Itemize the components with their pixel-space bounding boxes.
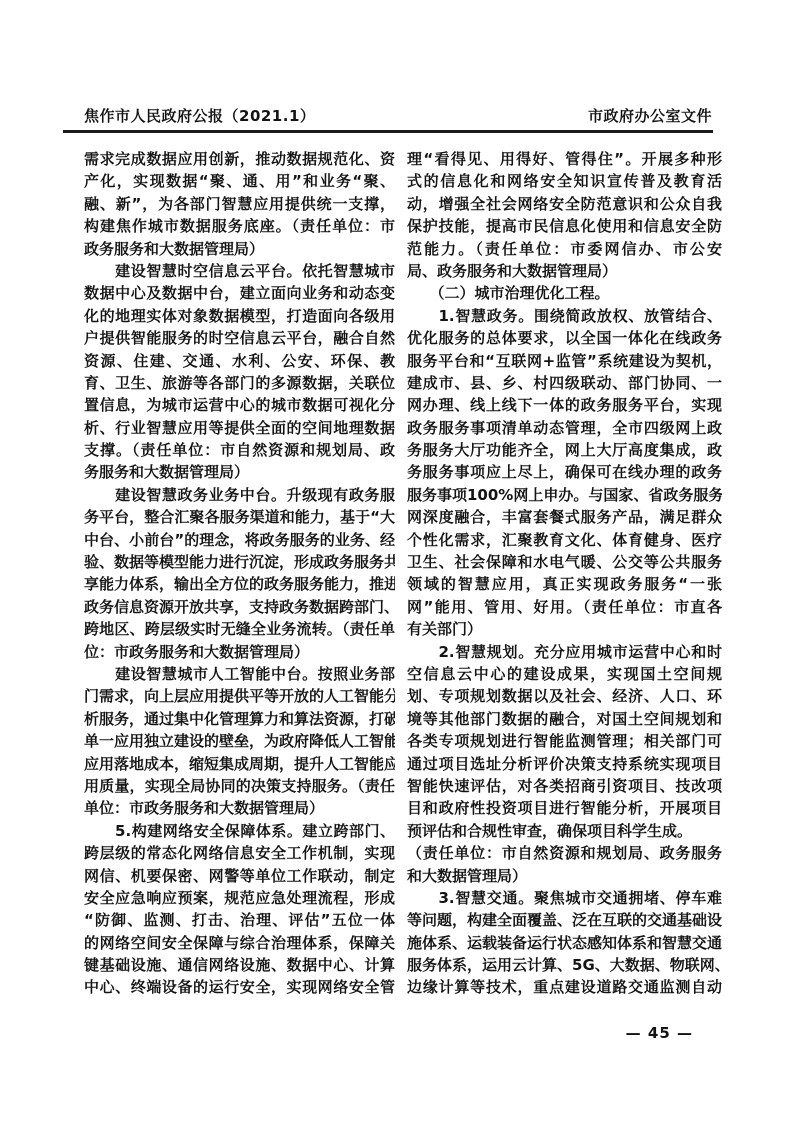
text-line: 网”能用、管用、好用。（责任单位：市直各 xyxy=(407,596,722,618)
text-line: 等问题，构建全面覆盖、泛在互联的交通基础设 xyxy=(407,909,722,931)
text-line: 政务信息资源开放共享，支持政务数据跨部门、 xyxy=(84,596,395,618)
text-line: 位：市政务服务和大数据管理局） xyxy=(84,641,395,663)
right-column: 理“看得见、用得好、管得住”。开展多种形式的信息化和网络安全知识宣传普及教育活动… xyxy=(407,148,722,999)
text-line: 务服务和大数据管理局） xyxy=(84,461,395,483)
text-line: 政务服务事项清单动态管理，全市四级网上政 xyxy=(407,417,722,439)
text-line: 个性化需求，汇聚教育文化、体育健身、医疗 xyxy=(407,529,722,551)
gazette-page: 焦作市人民政府公报（2021.1） 市政府办公室文件 需求完成数据应用创新，推动… xyxy=(0,0,793,1122)
header-doc-category: 市政府办公室文件 xyxy=(588,106,712,126)
text-line: 卫生、社会保障和水电气暖、公交等公共服务 xyxy=(407,551,722,573)
text-line: 安全应急响应预案，规范应急处理流程，形成 xyxy=(84,887,395,909)
text-line: 政务服务和大数据管理局） xyxy=(84,238,395,260)
text-line: 服务平台和“互联网+监管”系统建设为契机， xyxy=(407,350,722,372)
text-line: 动，增强全社会网络安全防范意识和公众自我 xyxy=(407,193,722,215)
text-line: 服务事项100%网上申办。与国家、省政务服务 xyxy=(407,484,722,506)
text-line: 需求完成数据应用创新，推动数据规范化、资 xyxy=(84,148,395,170)
text-line: 跨地区、跨层级实时无缝全业务流转。（责任单 xyxy=(84,618,395,640)
text-line: 门需求，向上层应用提供平等开放的人工智能分 xyxy=(84,685,395,707)
text-line: 验、数据等模型能力进行沉淀，形成政务服务共 xyxy=(84,551,395,573)
text-line: 5.构建网络安全保障体系。建立跨部门、 xyxy=(84,820,395,842)
text-line: 建设智慧时空信息云平台。依托智慧城市 xyxy=(84,260,395,282)
text-line: 境等其他部门数据的融合，对国土空间规划和 xyxy=(407,708,722,730)
text-line: 领域的智慧应用，真正实现政务服务“一张 xyxy=(407,573,722,595)
text-line: 智能快速评估，对各类招商引资项目、技改项 xyxy=(407,775,722,797)
left-column: 需求完成数据应用创新，推动数据规范化、资产化，实现数据“聚、通、用”和业务“聚、… xyxy=(84,148,395,999)
text-line: 化的地理实体对象数据模型，打造面向各级用 xyxy=(84,305,395,327)
text-line: 有关部门） xyxy=(407,618,722,640)
text-line: 中台、小前台”的理念，将政务服务的业务、经 xyxy=(84,529,395,551)
text-line: （责任单位：市自然资源和规划局、政务服务 xyxy=(407,842,722,864)
text-line: 享能力体系，输出全方位的政务服务能力，推进 xyxy=(84,573,395,595)
text-line: 务服务大厅功能齐全，网上大厅高度集成，政 xyxy=(407,439,722,461)
text-line: 预评估和合规性审查，确保项目科学生成。 xyxy=(407,820,722,842)
text-line: 务服务事项应上尽上，确保可在线办理的政务 xyxy=(407,461,722,483)
text-line: 建设智慧政务业务中台。升级现有政务服 xyxy=(84,484,395,506)
text-line: 空信息云中心的建设成果，实现国土空间规 xyxy=(407,663,722,685)
text-line: 保护技能，提高市民信息化使用和信息安全防 xyxy=(407,215,722,237)
text-line: 用质量，实现全局协同的决策支持服务。（责任 xyxy=(84,775,395,797)
text-line: 户提供智能服务的时空信息云平台，融合自然 xyxy=(84,327,395,349)
text-line: 建成市、县、乡、村四级联动、部门协同、一 xyxy=(407,372,722,394)
text-line: 建设智慧城市人工智能中台。按照业务部 xyxy=(84,663,395,685)
text-line: 跨层级的常态化网络信息安全工作机制，实现 xyxy=(84,842,395,864)
text-line: 式的信息化和网络安全知识宣传普及教育活 xyxy=(407,170,722,192)
text-line: 单位：市政务服务和大数据管理局） xyxy=(84,797,395,819)
text-line: 置信息，为城市运营中心的城市数据可视化分 xyxy=(84,394,395,416)
text-line: 边缘计算等技术，重点建设道路交通监测自动 xyxy=(407,976,722,998)
header-divider xyxy=(63,130,713,133)
text-line: 划、专项规划数据以及社会、经济、人口、环 xyxy=(407,685,722,707)
text-line: 理“看得见、用得好、管得住”。开展多种形 xyxy=(407,148,722,170)
page-number: — 45 — xyxy=(626,1024,693,1042)
text-line: 网办理、线上线下一体的政务服务平台，实现 xyxy=(407,394,722,416)
text-line: 的网络空间安全保障与综合治理体系，保障关 xyxy=(84,932,395,954)
text-line: 2.智慧规划。充分应用城市运营中心和时 xyxy=(407,641,722,663)
text-line: 产化，实现数据“聚、通、用”和业务“聚、 xyxy=(84,170,395,192)
text-line: 局、政务服务和大数据管理局） xyxy=(407,260,722,282)
text-line: 施体系、运载装备运行状态感知体系和智慧交通 xyxy=(407,932,722,954)
text-line: 1.智慧政务。围绕简政放权、放管结合、 xyxy=(407,305,722,327)
text-line: 析服务，通过集中化管理算力和算法资源，打破 xyxy=(84,708,395,730)
text-line: 支撑。（责任单位：市自然资源和规划局、政 xyxy=(84,439,395,461)
header-gazette-title: 焦作市人民政府公报（2021.1） xyxy=(84,106,315,126)
text-line: 优化服务的总体要求，以全国一体化在线政务 xyxy=(407,327,722,349)
text-line: 融、新”，为各部门智慧应用提供统一支撑， xyxy=(84,193,395,215)
text-line: 中心、终端设备的运行安全，实现网络安全管 xyxy=(84,976,395,998)
text-line: 服务体系，运用云计算、5G、大数据、物联网、 xyxy=(407,954,722,976)
text-line: 网深度融合，丰富套餐式服务产品，满足群众 xyxy=(407,506,722,528)
text-line: 3.智慧交通。聚焦城市交通拥堵、停车难 xyxy=(407,887,722,909)
text-line: 析、行业智慧应用等提供全面的空间地理数据 xyxy=(84,417,395,439)
text-line: 目和政府性投资项目进行智能分析，开展项目 xyxy=(407,797,722,819)
text-line: 应用落地成本，缩短集成周期，提升人工智能应 xyxy=(84,753,395,775)
text-line: 数据中心及数据中台，建立面向业务和动态变 xyxy=(84,282,395,304)
text-line: （二）城市治理优化工程。 xyxy=(407,282,722,304)
text-line: 键基础设施、通信网络设施、数据中心、计算 xyxy=(84,954,395,976)
text-line: 各类专项规划进行智能监测管理；相关部门可 xyxy=(407,730,722,752)
text-line: 务平台，整合汇聚各服务渠道和能力，基于“大 xyxy=(84,506,395,528)
text-line: 网信、机要保密、网警等单位工作联动，制定 xyxy=(84,865,395,887)
text-line: “防御、监测、打击、治理、评估”五位一体 xyxy=(84,909,395,931)
text-line: 范能力。（责任单位：市委网信办、市公安 xyxy=(407,238,722,260)
text-line: 单一应用独立建设的壁垒，为政府降低人工智能 xyxy=(84,730,395,752)
text-line: 和大数据管理局） xyxy=(407,865,722,887)
text-line: 构建焦作城市数据服务底座。（责任单位：市 xyxy=(84,215,395,237)
text-line: 资源、住建、交通、水利、公安、环保、教 xyxy=(84,350,395,372)
text-line: 通过项目选址分析评价决策支持系统实现项目 xyxy=(407,753,722,775)
text-line: 育、卫生、旅游等各部门的多源数据，关联位 xyxy=(84,372,395,394)
